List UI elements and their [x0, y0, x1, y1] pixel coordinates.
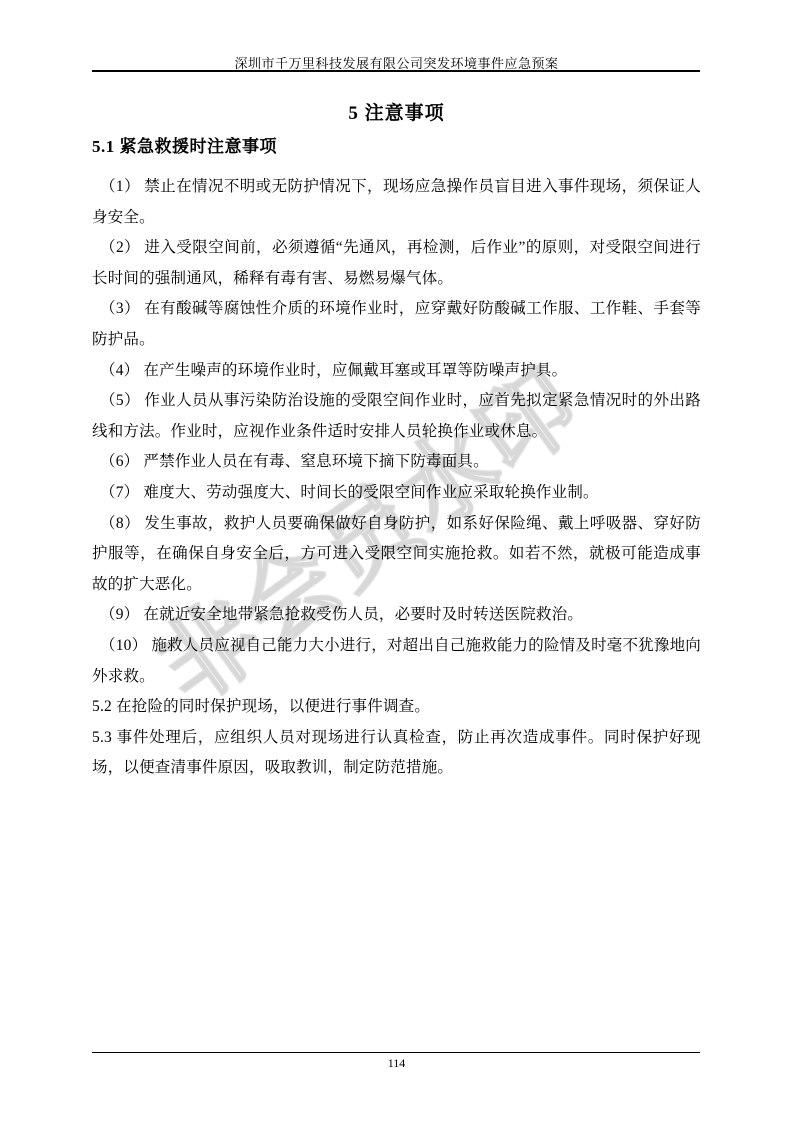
paragraph: （5） 作业人员从事污染防治设施的受限空间作业时，应首先拟定紧急情况时的外出路线…: [92, 386, 701, 447]
paragraphs: （1） 禁止在情况不明或无防护情况下，现场应急操作员盲目进入事件现场，须保证人身…: [92, 172, 701, 784]
paragraph: （8） 发生事故，救护人员要确保做好自身防护，如系好保险绳、戴上呼吸器、穿好防护…: [92, 509, 701, 601]
paragraph: （10） 施救人员应视自己能力大小进行，对超出自己施救能力的险情及时毫不犹豫地向…: [92, 631, 701, 692]
paragraph: （6） 严禁作业人员在有毒、窒息环境下摘下防毒面具。: [92, 447, 701, 478]
paragraph: （7） 难度大、劳动强度大、时间长的受限空间作业应采取轮换作业制。: [92, 478, 701, 509]
paragraph: （4） 在产生噪声的环境作业时，应佩戴耳塞或耳罩等防噪声护具。: [92, 356, 701, 387]
page-title: 5 注意事项: [0, 98, 793, 125]
header-rule: [92, 70, 700, 72]
section-heading: 5.1 紧急救援时注意事项: [92, 132, 277, 157]
page-number: 114: [0, 1056, 793, 1071]
paragraph: 5.3 事件处理后，应组织人员对现场进行认真检查，防止再次造成事件。同时保护好现…: [92, 723, 701, 784]
paragraph: 5.2 在抢险的同时保护现场，以便进行事件调查。: [92, 692, 701, 723]
document-page: 深圳市千万里科技发展有限公司突发环境事件应急预案 非会员水印 5 注意事项 5.…: [0, 0, 793, 1122]
paragraph: （3） 在有酸碱等腐蚀性介质的环境作业时，应穿戴好防酸碱工作服、工作鞋、手套等防…: [92, 294, 701, 355]
paragraph: （9） 在就近安全地带紧急抢救受伤人员，必要时及时转送医院救治。: [92, 600, 701, 631]
paragraph: （2） 进入受限空间前，必须遵循“先通风，再检测，后作业”的原则，对受限空间进行…: [92, 233, 701, 294]
paragraph: （1） 禁止在情况不明或无防护情况下，现场应急操作员盲目进入事件现场，须保证人身…: [92, 172, 701, 233]
footer-rule: [92, 1052, 700, 1053]
